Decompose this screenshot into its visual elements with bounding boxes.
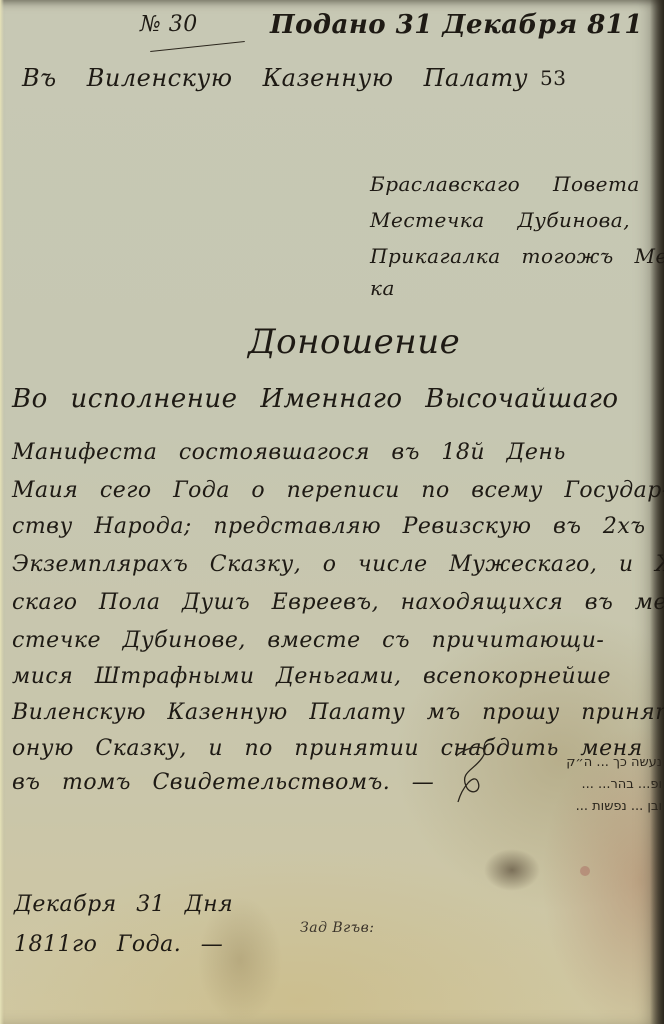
page-left-edge: [0, 0, 4, 1024]
document-page: № 30 Подано 31 Декабря 811 Въ Виленскую …: [0, 0, 664, 1024]
body-line: скаго Пола Душъ Евреевъ, находящихся въ …: [12, 590, 664, 615]
body-line: Манифеста состоявшагося въ 18й День: [12, 440, 566, 465]
hebrew-signature: נעשה כך ... ה״ק ופ... בהר... ... ובן ...…: [452, 752, 662, 818]
body-line: ству Народа; представляю Ревизскую въ 2х…: [12, 514, 646, 539]
number-underline: [150, 41, 245, 52]
sender-line: ка: [370, 276, 395, 300]
hebrew-signature-line: ובן ... נפשות ...: [452, 796, 662, 818]
dateline-day: Декабря 31 Дня: [14, 892, 233, 917]
folio-number: 53: [540, 66, 566, 90]
body-line: стечке Дубинове, вместе съ причитающи-: [12, 628, 604, 653]
body-line: Экземплярахъ Сказку, о числе Мужескаго, …: [12, 552, 664, 577]
addressee: Въ Виленскую Казенную Палату: [22, 64, 528, 92]
body-line: мися Штрафными Деньгами, всепокорнейше: [12, 664, 611, 689]
page-right-edge-binding: [650, 0, 664, 1024]
body-line: въ томъ Свидетельствомъ. —: [12, 770, 434, 795]
sender-line: Браславскаго Повета: [370, 172, 640, 196]
body-line: Виленскую Казенную Палату мъ прошу приня…: [12, 700, 664, 725]
dateline-year: 1811го Года. —: [14, 932, 223, 957]
body-line: Маия сего Года о переписи по всему Госуд…: [12, 478, 664, 503]
document-number: № 30: [140, 12, 198, 37]
paper-stain: [580, 866, 590, 876]
body-line: Во исполнение Именнаго Высочайшаго: [12, 384, 619, 414]
sender-line: Местечка Дубинова,: [370, 208, 630, 232]
clerk-annotation: Зад Вгъв:: [300, 920, 374, 936]
document-title: Доношение: [248, 322, 460, 362]
hebrew-signature-line: ופ... בהר... ...: [452, 774, 662, 796]
sender-line: Прикагалка тогожъ Местеч-: [370, 244, 664, 268]
filed-date-note: Подано 31 Декабря 811: [270, 10, 643, 40]
hebrew-signature-line: נעשה כך ... ה״ק: [452, 752, 662, 774]
